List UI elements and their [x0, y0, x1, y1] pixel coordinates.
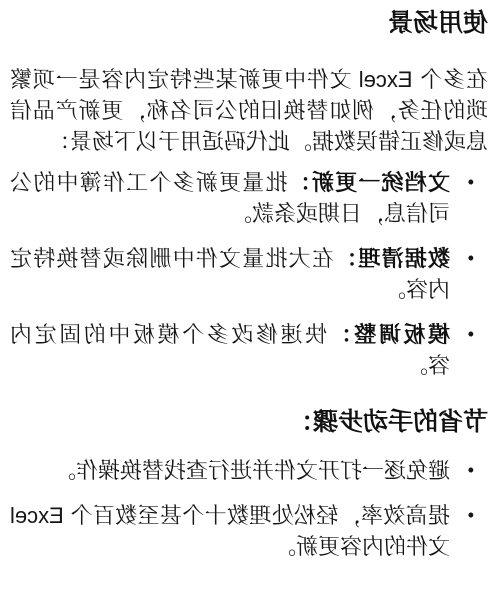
document-body: 使用场景 在多个 Excel 文件中更新某些特定内容是一项繁琐的任务，例如替换旧…: [0, 0, 500, 600]
list-item-text: 文档统一更新：批量更新多个工作簿中的公司信息，日期或条款。: [10, 167, 450, 229]
list-item-label: 数据清理：: [334, 246, 450, 271]
saved-steps-list: • 避免逐一打开文件并进行查找替换操作。 • 提高效率，轻松处理数十个甚至数百个…: [10, 455, 488, 562]
list-item-text: 数据清理：在大批量文件中删除或替换特定内容。: [10, 243, 450, 305]
list-item-label: 文档统一更新：: [287, 170, 450, 195]
list-item-body: 避免逐一打开文件并进行查找替换操作。: [54, 458, 450, 483]
intro-paragraph: 在多个 Excel 文件中更新某些特定内容是一项繁琐的任务，例如替换旧的公司名称…: [10, 64, 488, 157]
list-item: • 文档统一更新：批量更新多个工作簿中的公司信息，日期或条款。: [10, 167, 474, 229]
list-item-text: 避免逐一打开文件并进行查找替换操作。: [10, 455, 450, 486]
section-subheading: 节省的手动步骤：: [10, 407, 488, 437]
list-item: • 模板调整：快速修改多个模板中的固定内容。: [10, 319, 474, 381]
list-item-text: 模板调整：快速修改多个模板中的固定内容。: [10, 319, 450, 381]
page-title: 使用场景: [10, 8, 488, 38]
bullet-icon: •: [450, 319, 474, 350]
list-item-body: 提高效率，轻松处理数十个甚至数百个 Excel 文件的内容更新。: [10, 503, 450, 559]
list-item: • 数据清理：在大批量文件中删除或替换特定内容。: [10, 243, 474, 305]
bullet-icon: •: [450, 500, 474, 531]
list-item-text: 提高效率，轻松处理数十个甚至数百个 Excel 文件的内容更新。: [10, 500, 450, 562]
bullet-icon: •: [450, 243, 474, 274]
list-item: • 提高效率，轻松处理数十个甚至数百个 Excel 文件的内容更新。: [10, 500, 474, 562]
list-item-label: 模板调整：: [327, 322, 450, 347]
scenario-list: • 文档统一更新：批量更新多个工作簿中的公司信息，日期或条款。 • 数据清理：在…: [10, 167, 488, 381]
mirrored-page: 使用场景 在多个 Excel 文件中更新某些特定内容是一项繁琐的任务，例如替换旧…: [0, 0, 500, 600]
bullet-icon: •: [450, 455, 474, 486]
list-item: • 避免逐一打开文件并进行查找替换操作。: [10, 455, 474, 486]
bullet-icon: •: [450, 167, 474, 198]
